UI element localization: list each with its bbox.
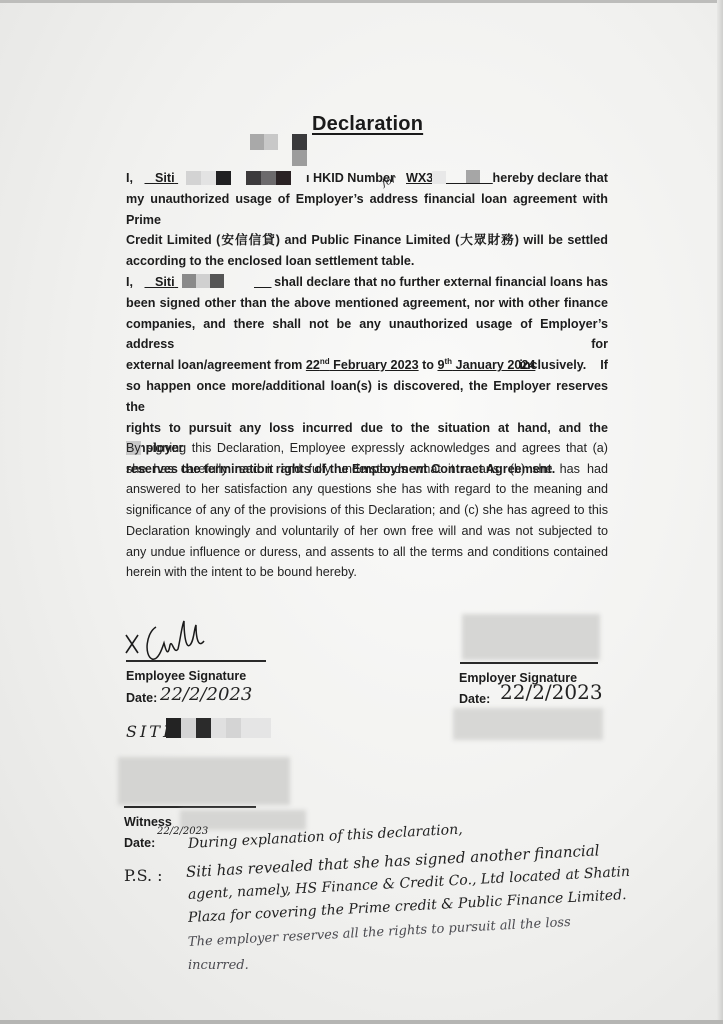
employer-name-redaction	[453, 708, 603, 740]
employee-signature	[122, 615, 222, 665]
employer-signature-line	[460, 662, 598, 664]
document-page: Declaration I, Siti ı HKID Number WX3	[0, 0, 723, 1024]
name-redaction	[186, 171, 306, 185]
employee-signature-line	[126, 660, 266, 662]
document-title: Declaration	[312, 113, 423, 136]
employee-date-handwritten: 22/2/2023	[160, 684, 252, 705]
declaration-paragraph-1: I, Siti ı HKID Number WX3 hereby declare…	[126, 168, 608, 272]
employer-date-label: Date:	[459, 692, 490, 706]
printed-name-redaction	[166, 718, 276, 740]
paper-edge	[0, 0, 723, 3]
employee-name-field: Siti	[145, 171, 179, 185]
hkid-redaction	[466, 170, 480, 183]
employer-signature-redaction	[462, 614, 600, 660]
paper-edge	[0, 1020, 723, 1024]
ps-label: P.S. :	[124, 866, 163, 885]
witness-signature-redaction	[118, 757, 290, 805]
redaction-block	[228, 134, 308, 166]
paper-edge	[717, 0, 723, 1024]
employer-date-handwritten: 22/2/2023	[500, 680, 603, 704]
hkid-redaction	[432, 171, 446, 184]
witness-date-label: Date:	[124, 836, 155, 850]
name-redaction	[182, 274, 227, 288]
employee-date-label: Date:	[126, 691, 157, 705]
declaration-paragraph-3: By signing this Declaration, Employee ex…	[126, 438, 608, 583]
employee-signature-label: Employee Signature	[126, 669, 246, 683]
handwritten-note-line: incurred.	[188, 958, 249, 973]
witness-signature-line	[124, 806, 256, 808]
